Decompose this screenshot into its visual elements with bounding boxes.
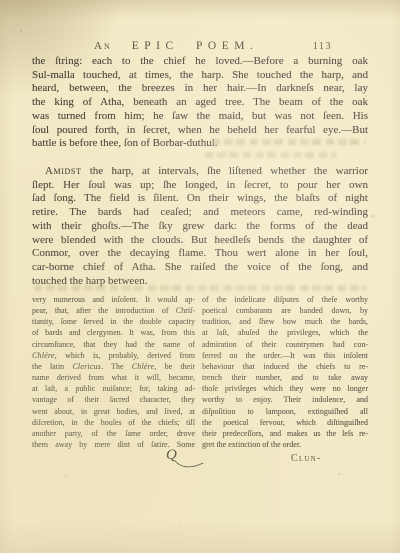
text-line: the king of Atha, beneath an aged tree. … [32,96,368,110]
text-line: ferred on the order.—It was this inſolen… [202,350,368,361]
text-line: Sul-malla touched, at times, the harp. S… [32,69,368,83]
text-line: very numerous and inſolent. It would ap- [32,294,195,305]
text-line: Conmor, over the decaying flame. Thou we… [32,247,368,261]
text-line: at laſt, abuſed the privileges, which th… [202,327,368,338]
page-header: An EPIC POEM. 113 [32,40,368,55]
text-line: name derived from what it will, became, [32,372,195,383]
text-line: Chlére, which is, probably, derived from [32,350,195,361]
paragraph-lead-word: Amidst [45,165,81,177]
text-line: trench their number, and to take away [202,372,368,383]
text-line: car-borne chief of Atha. She raiſed the … [32,261,368,275]
text-line: heard, between, the breezes in her hair.… [32,82,368,96]
paragraph-1: the ſtring: each to the chief he loved.—… [32,55,368,151]
signature-mark: Q [166,448,177,463]
text-line: ſlept. Her ſoul was up; ſhe longed, in ſ… [32,179,368,193]
header-prefix: An [94,40,112,52]
text-line-rest: the harp, at intervals, ſhe liſtened whe… [90,165,368,177]
bleedthrough-mark [205,152,337,158]
paper-specks [20,30,22,32]
signature-swash [174,459,204,469]
text-line: gret the extinction of the order. [202,439,368,450]
text-line: thoſe privileges which they were no long… [202,383,368,394]
text-line: vantage of their ſacred character, they [32,394,195,405]
text-line: tianity, ſome ſerved in the double capac… [32,316,195,327]
text-line: of the indelicate diſputes of theſe wort… [202,294,368,305]
text-line: diſcretion, in the houſes of the chiefs;… [32,417,195,428]
text-line: was turned from him; he ſaw the maid, bu… [32,110,368,124]
text-line: the latin Clericus. The Chlére, be their [32,361,195,372]
text-line: behaviour that induced the chiefs to re- [202,361,368,372]
text-line: another party, of the ſame order, drove [32,428,195,439]
text-line: Amidst the harp, at intervals, ſhe liſte… [32,165,368,179]
text-line: admiration of their countrymen had con- [202,339,368,350]
book-page: An EPIC POEM. 113 the ſtring: each to th… [0,0,400,553]
footnote: very numerous and inſolent. It would ap-… [32,294,368,450]
text-line: the poetical fervour, which diſtinguiſhe… [202,417,368,428]
text-line: of bards and clergymen. It was, from thi… [32,327,195,338]
text-line: ſad ſong. The field is ſilent. On their … [32,192,368,206]
text-line: with their ghoſts.—The ſky grew dark: th… [32,220,368,234]
paragraph-2: Amidst the harp, at intervals, ſhe liſte… [32,165,368,288]
bleedthrough-mark [212,139,366,145]
footnote-left-column: very numerous and inſolent. It would ap-… [32,294,195,450]
footnote-right-column: of the indelicate diſputes of theſe wort… [202,294,368,450]
page-title: EPIC POEM. [132,40,259,52]
text-line: at laſt, a public nuiſance; for, taking … [32,383,195,394]
text-line: retire. The bards had ceaſed; and meteor… [32,206,368,220]
text-line: diſpoſition to lampoon, extinguiſhed all [202,406,368,417]
page-number: 113 [313,41,332,52]
text-line: went about, in great bodies, and lived, … [32,406,195,417]
paragraph-2-rest: ſlept. Her ſoul was up; ſhe longed, in ſ… [32,179,368,289]
text-line: poetical combatants are handed down, by [202,305,368,316]
text-line: their predeceſſors, and makes us the leſ… [202,428,368,439]
text-line: were blended with the clouds. But heedle… [32,234,368,248]
catchword: Clun- [291,453,321,464]
text-line: pear, that, after the introduction of Ch… [32,305,195,316]
text-line: worthy to enjoy. Their indolence, and [202,394,368,405]
text-line: circumſtance, that they had the name of [32,339,195,350]
text-line: ſoul poured forth, in ſecret, when he be… [32,124,368,138]
text-line: tradition, and ſhew how much the bards, [202,316,368,327]
bleedthrough-mark [34,285,366,291]
text-line: the ſtring: each to the chief he loved.—… [32,55,368,69]
